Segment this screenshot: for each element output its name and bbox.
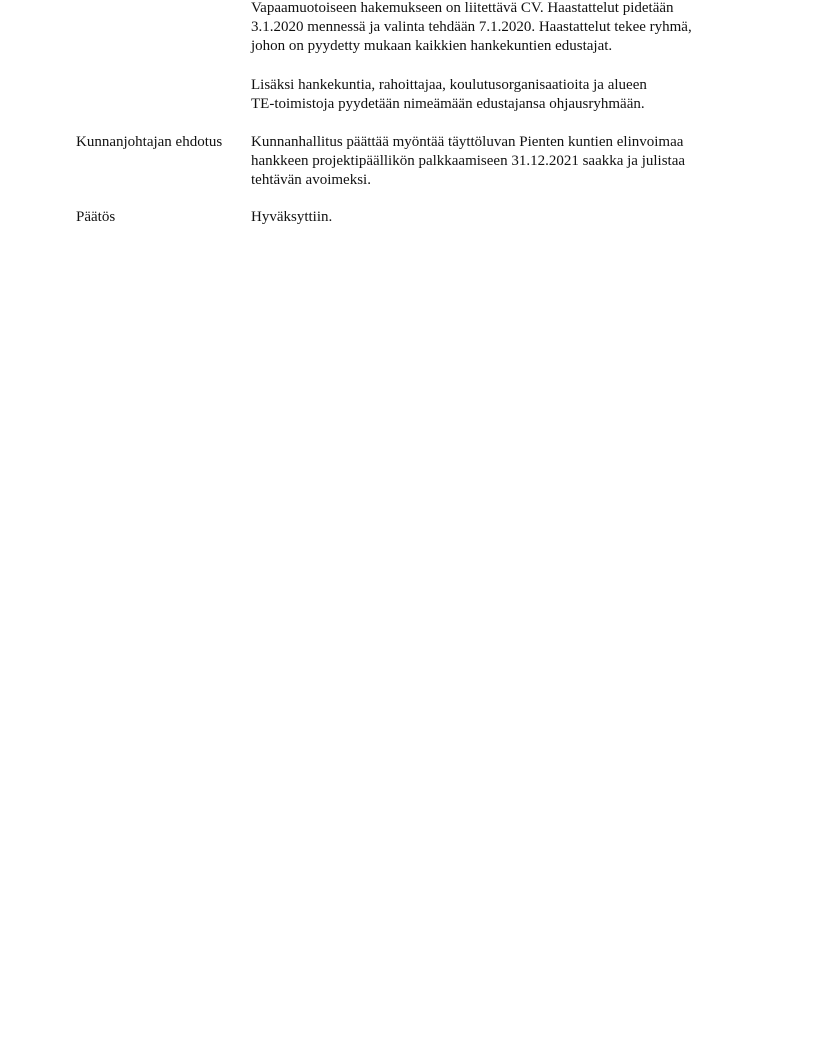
text-line: Vapaamuotoiseen hakemukseen on liitettäv… bbox=[251, 0, 741, 18]
decision-text: Hyväksyttiin. bbox=[251, 208, 741, 227]
decision-label: Päätös bbox=[76, 208, 115, 227]
steering-group-paragraph: Lisäksi hankekuntia, rahoittajaa, koulut… bbox=[251, 76, 741, 114]
text-line: hankkeen projektipäällikön palkkaamiseen… bbox=[251, 152, 741, 171]
text-line: johon on pyydetty mukaan kaikkien hankek… bbox=[251, 37, 741, 56]
text-line: Hyväksyttiin. bbox=[251, 208, 741, 227]
text-line: Kunnanhallitus päättää myöntää täyttöluv… bbox=[251, 133, 741, 152]
proposal-label: Kunnanjohtajan ehdotus bbox=[76, 133, 222, 152]
text-line: TE-toimistoja pyydetään nimeämään edusta… bbox=[251, 95, 741, 114]
document-page: Vapaamuotoiseen hakemukseen on liitettäv… bbox=[0, 0, 816, 1056]
application-paragraph: Vapaamuotoiseen hakemukseen on liitettäv… bbox=[251, 0, 741, 56]
proposal-text: Kunnanhallitus päättää myöntää täyttöluv… bbox=[251, 133, 741, 190]
text-line: Lisäksi hankekuntia, rahoittajaa, koulut… bbox=[251, 76, 741, 95]
text-line: 3.1.2020 mennessä ja valinta tehdään 7.1… bbox=[251, 18, 741, 37]
text-line: tehtävän avoimeksi. bbox=[251, 171, 741, 190]
